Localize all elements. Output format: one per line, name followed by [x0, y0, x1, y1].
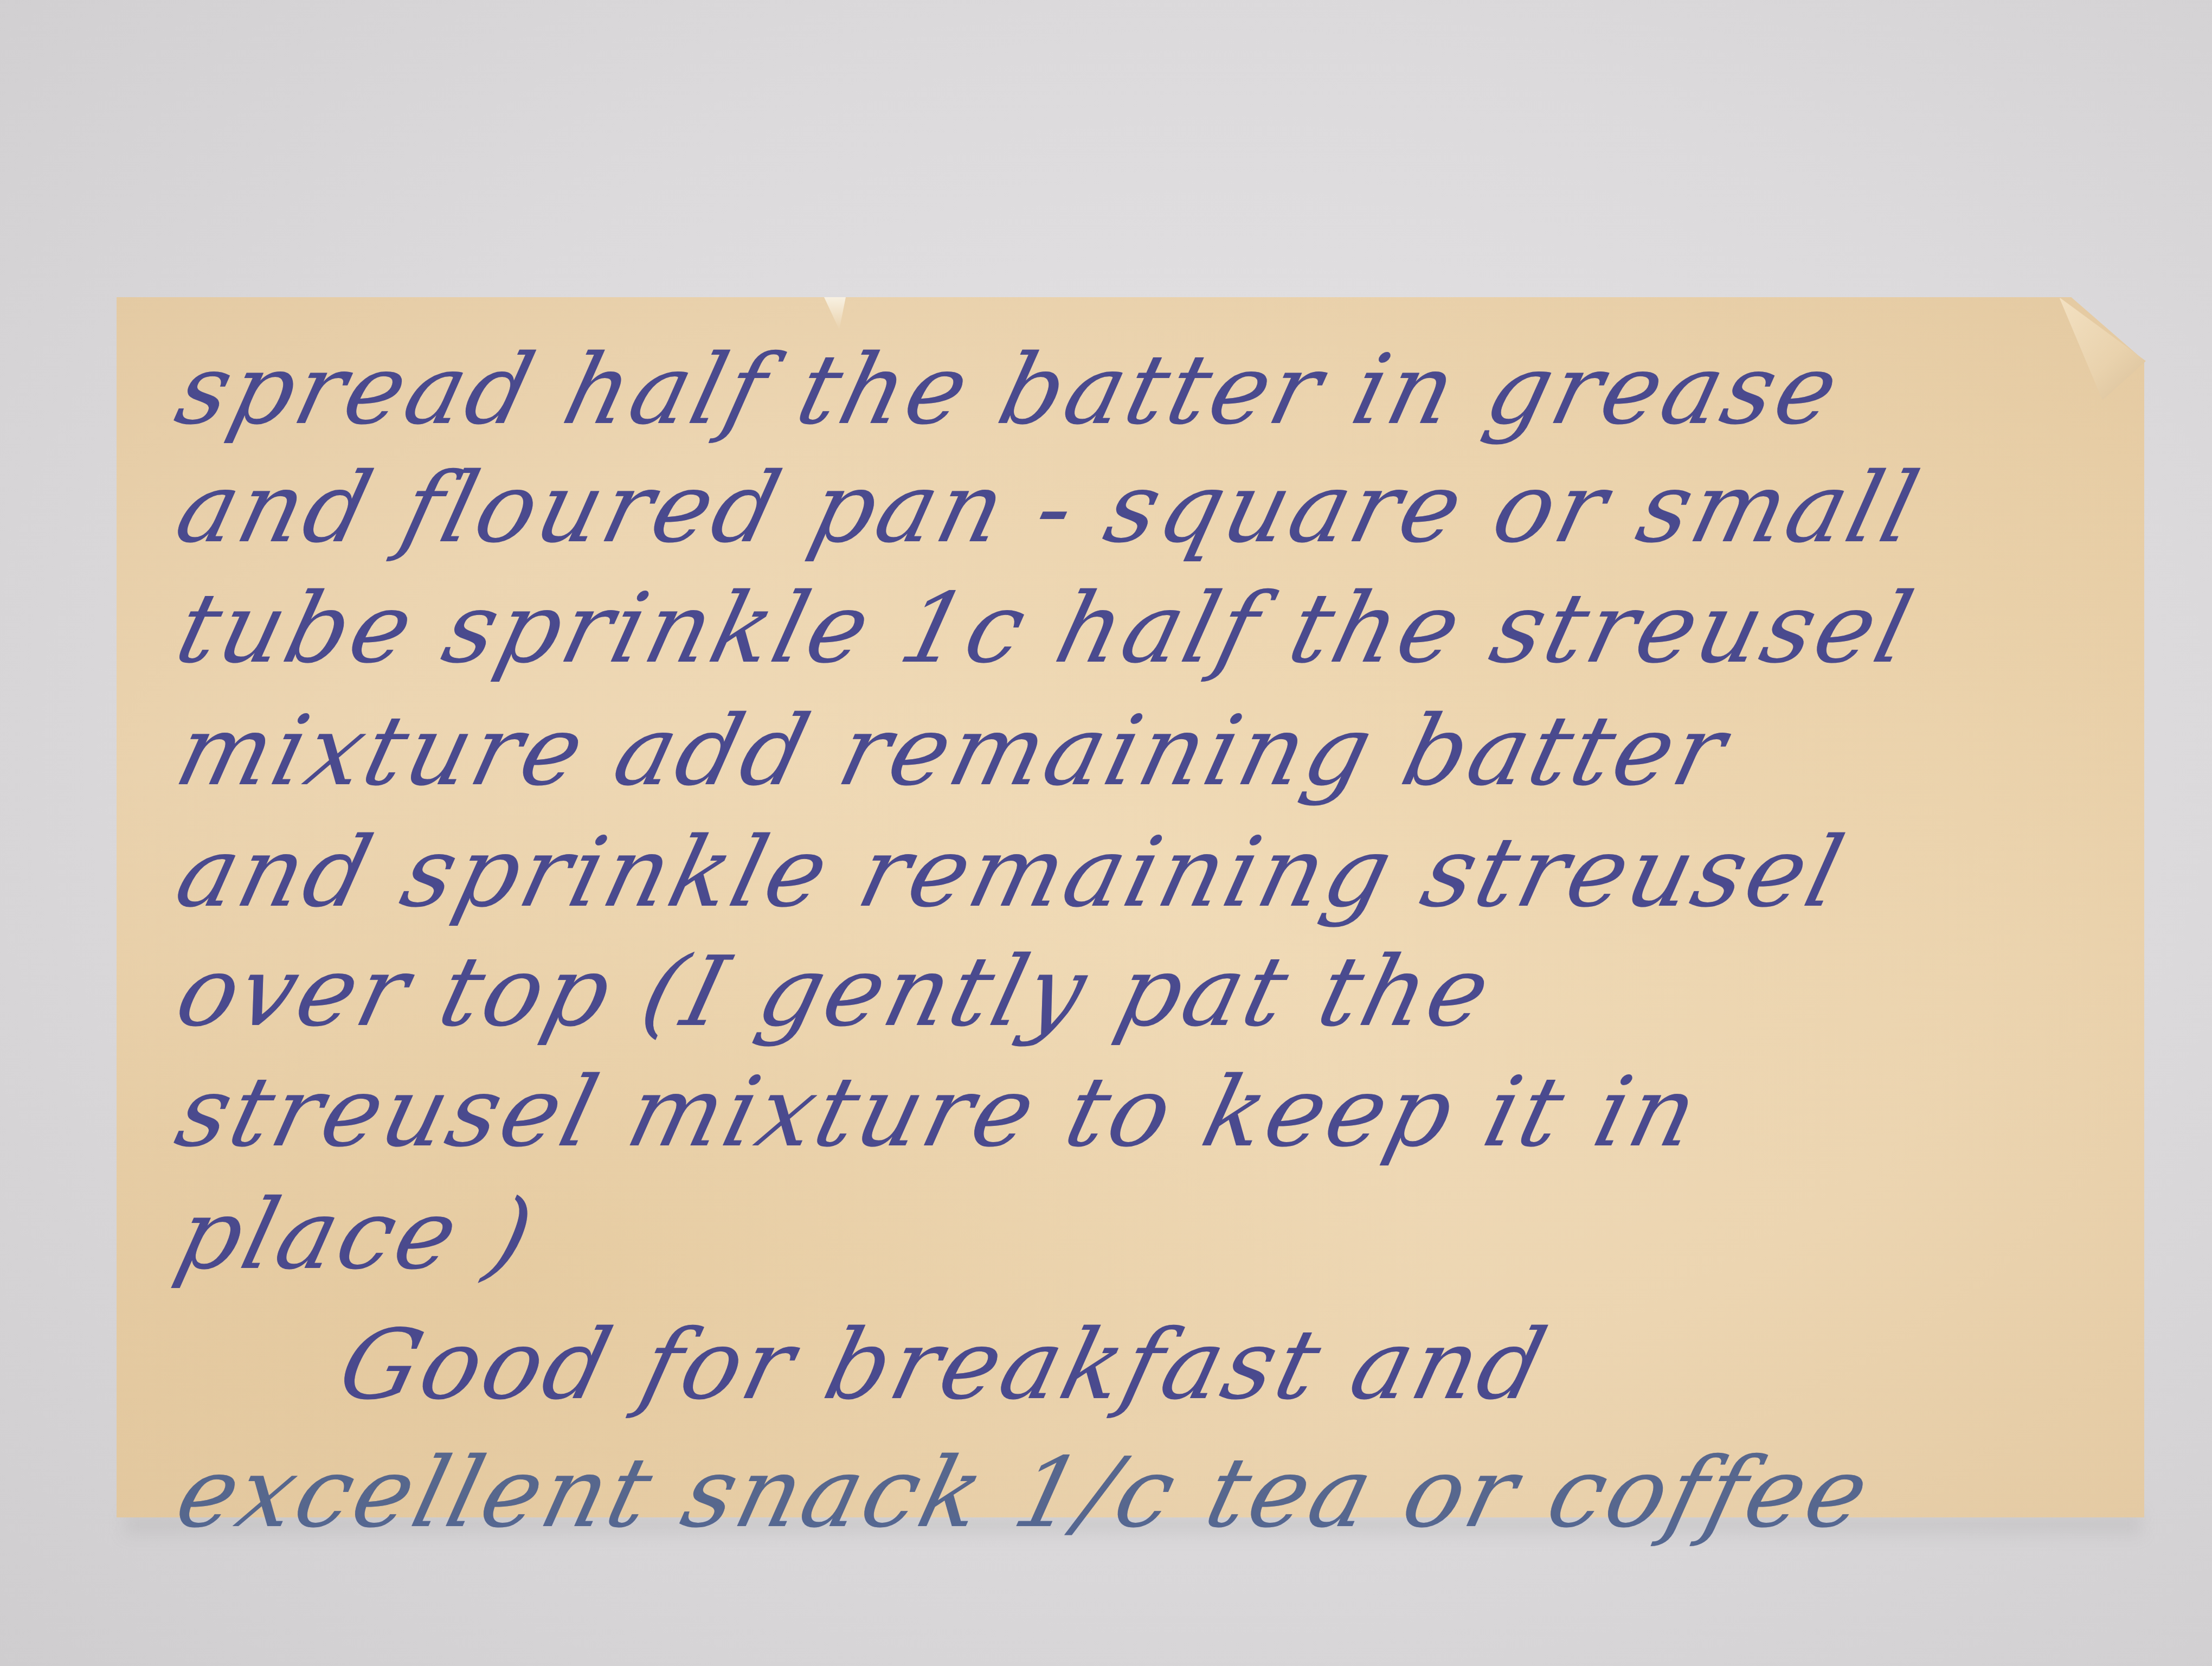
- card-line-1: spread half the batter in grease: [168, 342, 2171, 438]
- handwritten-text: spread half the batter in grease and flo…: [168, 320, 2147, 1541]
- card-line-2: and floured pan - square or small: [168, 460, 2171, 556]
- card-line-6: over top (I gently pat the: [168, 944, 2171, 1040]
- card-line-7: streusel mixture to keep it in: [168, 1064, 2171, 1161]
- card-line-9: Good for breakfast and: [168, 1317, 2171, 1413]
- card-line-3: tube sprinkle 1c half the streusel: [168, 580, 2171, 677]
- card-line-4: mixture add remaining batter: [168, 703, 2171, 799]
- card-line-8: place ): [168, 1187, 2171, 1283]
- card-line-5: and sprinkle remaining streusel: [168, 824, 2171, 921]
- card-line-10: excellent snack 1/c tea or coffee: [168, 1445, 2171, 1541]
